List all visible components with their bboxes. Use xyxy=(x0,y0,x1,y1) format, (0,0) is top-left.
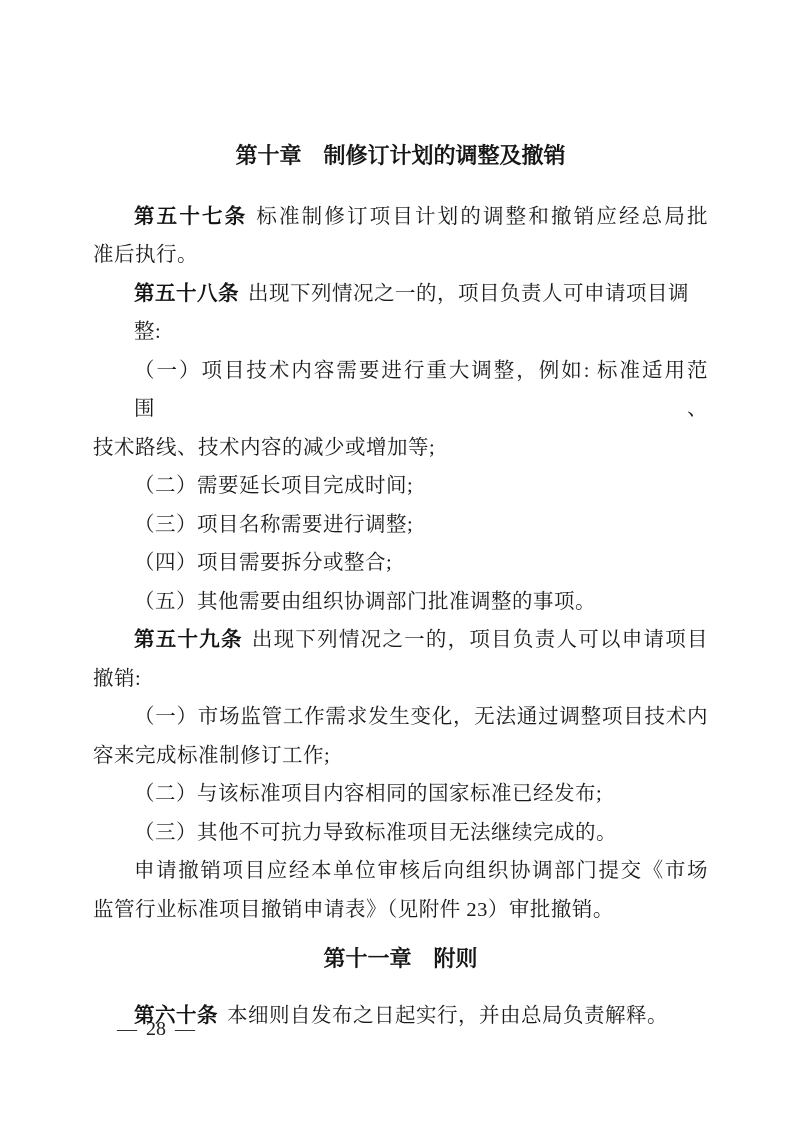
article-59-line-2: 撤销: xyxy=(93,660,708,699)
article-58-item-1-line-1: （一）项目技术内容需要进行重大调整，例如: 标准适用范围、 xyxy=(93,352,708,429)
article-59-closing-line-1: 申请撤销项目应经本单位审核后向组织协调部门提交《市场 xyxy=(93,852,708,891)
article-59-text-2: 撤销: xyxy=(93,668,141,690)
article-58-item-1-text-2: 技术路线、技术内容的减少或增加等; xyxy=(93,437,435,459)
article-58: 第五十八条出现下列情况之一的，项目负责人可申请项目调整: （一）项目技术内容需要… xyxy=(93,275,708,622)
article-57-text-2: 准后执行。 xyxy=(93,244,198,266)
article-57-line-2: 准后执行。 xyxy=(93,236,708,275)
article-58-item-3-text: （三）项目名称需要进行调整; xyxy=(134,514,413,536)
article-59-line-1: 第五十九条出现下列情况之一的，项目负责人可以申请项目 xyxy=(93,621,708,660)
article-57-number: 第五十七条 xyxy=(134,205,247,228)
article-60-text-1: 本细则自发布之日起实行，并由总局负责解释。 xyxy=(227,1005,668,1027)
article-58-number: 第五十八条 xyxy=(134,282,239,305)
footer-dash-right: — xyxy=(175,1016,195,1042)
article-58-item-5: （五）其他需要由组织协调部门批准调整的事项。 xyxy=(93,583,708,622)
article-58-line-1: 第五十八条出现下列情况之一的，项目负责人可申请项目调整: xyxy=(93,275,708,352)
article-58-item-4: （四）项目需要拆分或整合; xyxy=(93,544,708,583)
article-59-text-1: 出现下列情况之一的，项目负责人可以申请项目 xyxy=(252,629,708,651)
article-59-item-1-line-1: （一）市场监管工作需求发生变化，无法通过调整项目技术内 xyxy=(93,698,708,737)
article-58-item-2-text: （二）需要延长项目完成时间; xyxy=(134,475,413,497)
article-59-number: 第五十九条 xyxy=(134,628,243,651)
article-57-text-1: 标准制修订项目计划的调整和撤销应经总局批 xyxy=(256,206,708,228)
article-58-item-4-text: （四）项目需要拆分或整合; xyxy=(134,552,392,574)
document-page: 第十章 制修订计划的调整及撤销 第五十七条标准制修订项目计划的调整和撤销应经总局… xyxy=(0,0,793,1122)
article-59-item-1-text-1: （一）市场监管工作需求发生变化，无法通过调整项目技术内 xyxy=(134,706,708,728)
article-59-item-2-text: （二）与该标准项目内容相同的国家标准已经发布; xyxy=(134,783,602,805)
article-59-item-1-line-2: 容来完成标准制修订工作; xyxy=(93,737,708,776)
article-59-item-2: （二）与该标准项目内容相同的国家标准已经发布; xyxy=(93,775,708,814)
article-57-line-1: 第五十七条标准制修订项目计划的调整和撤销应经总局批 xyxy=(93,198,708,237)
article-59-item-3-text: （三）其他不可抗力导致标准项目无法继续完成的。 xyxy=(134,822,617,844)
article-59-item-1-text-2: 容来完成标准制修订工作; xyxy=(93,745,330,767)
page-content: 第十章 制修订计划的调整及撤销 第五十七条标准制修订项目计划的调整和撤销应经总局… xyxy=(93,0,708,1035)
article-59-item-3: （三）其他不可抗力导致标准项目无法继续完成的。 xyxy=(93,814,708,853)
chapter-10-heading: 第十章 制修订计划的调整及撤销 xyxy=(93,137,708,176)
article-59-closing-line-2: 监管行业标准项目撤销申请表》（见附件 23）审批撤销。 xyxy=(93,891,708,930)
chapter-11-heading: 第十一章 附则 xyxy=(93,940,708,979)
page-footer: —28— xyxy=(117,1016,195,1042)
article-59-closing-text-2: 监管行业标准项目撤销申请表》（见附件 23）审批撤销。 xyxy=(93,899,614,921)
article-58-item-2: （二）需要延长项目完成时间; xyxy=(93,467,708,506)
article-59: 第五十九条出现下列情况之一的，项目负责人可以申请项目 撤销: （一）市场监管工作… xyxy=(93,621,708,929)
article-57: 第五十七条标准制修订项目计划的调整和撤销应经总局批 准后执行。 xyxy=(93,198,708,275)
article-58-item-1-text-1: （一）项目技术内容需要进行重大调整，例如: 标准适用范围、 xyxy=(134,360,708,421)
article-58-item-5-text: （五）其他需要由组织协调部门批准调整的事项。 xyxy=(134,591,596,613)
footer-dash-left: — xyxy=(117,1016,137,1042)
article-59-closing-text-1: 申请撤销项目应经本单位审核后向组织协调部门提交《市场 xyxy=(134,860,708,882)
article-58-item-3: （三）项目名称需要进行调整; xyxy=(93,506,708,545)
page-number: 28 xyxy=(146,1016,166,1042)
article-58-item-1-line-2: 技术路线、技术内容的减少或增加等; xyxy=(93,429,708,468)
